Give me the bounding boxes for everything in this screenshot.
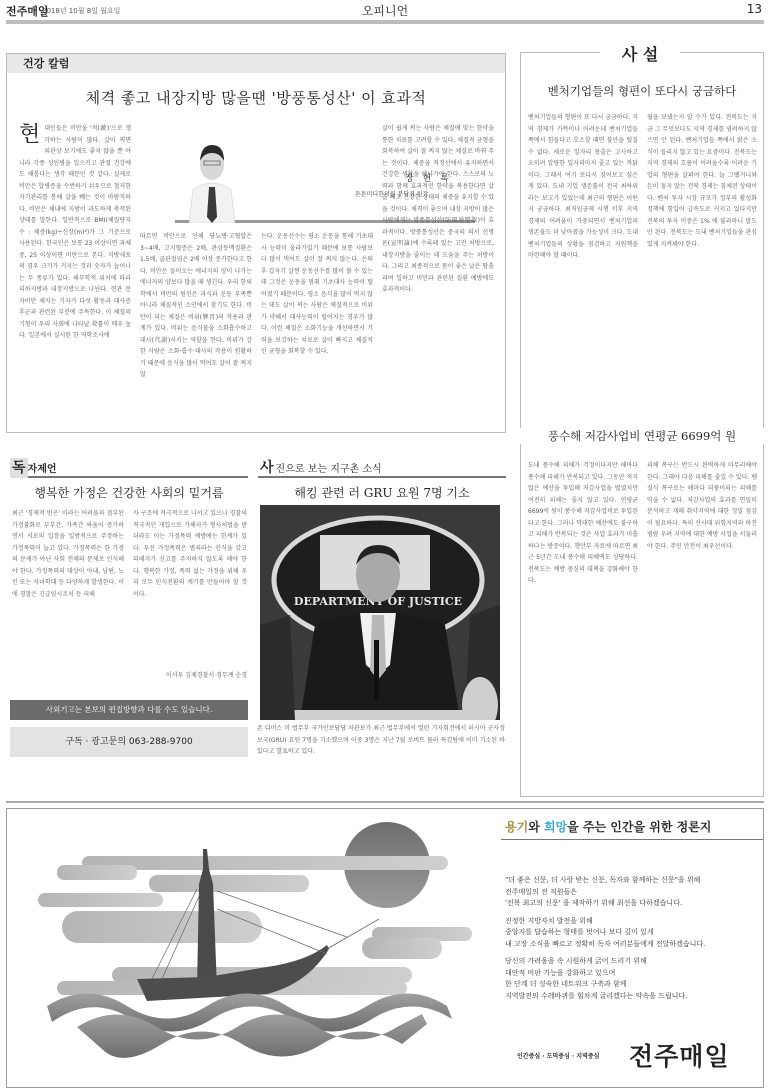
editorial-title-2: 풍수해 저감사업비 연평균 6699억 원 <box>520 428 764 444</box>
column-body-4: 살이 쉽게 찌는 사람은 체질에 맞는 한약을 통한 치료를 고려할 수 있다.… <box>382 123 494 428</box>
author-photo-icon <box>187 131 237 223</box>
reader-section-header: 독자제언 <box>10 458 248 478</box>
editorial-title-1: 벤처기업들의 형편이 또다시 궁금하다 <box>520 83 764 99</box>
section-rule <box>6 801 764 803</box>
slogan-hope: 희망 <box>544 820 567 834</box>
column-title: 체격 좋고 내장지방 많을땐 '방풍통성산' 이 효과적 <box>7 87 505 108</box>
ad-line: 진정한 지방자치 발전을 위해 <box>505 916 705 928</box>
disclaimer-banner: 사외기고는 본보의 편집방향과 다를 수도 있습니다. <box>10 700 248 720</box>
section-title: 오피니언 <box>6 2 764 19</box>
ad-slogan: 용기와 희망을 주는 인간을 위한 정론지 <box>505 818 711 835</box>
reader-body-1: 최근 '경제적 빈곤' 이라는 어려움과 점부된 가정불화로 부부간, 가족간 … <box>12 508 124 680</box>
photo-label-initial: 사 <box>258 458 276 478</box>
photo-caption: 존 디머스 미 법무부 국가안보담당 차관보가 최근 법무부에서 열린 기자회견… <box>257 723 505 758</box>
photo-section-header: 사진으로 보는 지구촌 소식 <box>258 458 506 478</box>
column-text: 대인들은 비만을 '적(敵)'으로 생각하는 사람이 많다. 살이 찌면 외관상… <box>19 125 131 339</box>
reader-label-rest: 자제언 <box>28 464 57 475</box>
slogan-text: 와 <box>528 820 544 834</box>
ad-line: 전주매일의 전 직원들은 <box>505 887 705 899</box>
ad-line: 내 고장 소식을 빠르고 정확히 독자 여러분들에게 전달하겠습니다. <box>505 939 705 951</box>
health-column: 건강 칼럼 체격 좋고 내장지방 많을땐 '방풍통성산' 이 효과적 장 현 록… <box>6 53 506 433</box>
slogan-text-rest: 을 주는 인간을 위한 정론지 <box>567 820 711 834</box>
ad-logo: 전주매일 <box>629 1037 730 1073</box>
masthead: 전주매일 2018년 10월 8일 월요일 오피니언 13 <box>6 0 764 22</box>
ad-message: "더 좋은 신문, 더 사랑 받는 신문, 독자와 함께하는 신문"을 위해 전… <box>505 875 705 1002</box>
subscription-banner: 구독 · 광고문의 063-288-9700 <box>10 727 248 757</box>
ad-divider <box>501 839 763 840</box>
editorial-1-body-2: 월을 보냈는지 알 수가 있다. 전북도는 지금 그 무엇보다도 지역 경제를 … <box>647 112 757 422</box>
ad-motto: 인간중심 · 도덕중심 · 지역중심 <box>517 1051 599 1060</box>
press-conference-photo-icon: DEPARTMENT OF JUSTICE <box>260 505 500 720</box>
editorial-2-body-1: 도내 풍수해 피해가 걱정이다지만 해마다 풍수해 피해가 반복되고 있다. 그… <box>528 460 638 790</box>
dropcap: 현 <box>19 123 40 147</box>
masthead-rule <box>6 20 764 24</box>
slogan-courage: 용기 <box>505 820 528 834</box>
ad-line: 한 단계 더 성숙한 네트워크 구축과 함께 <box>505 979 705 991</box>
house-ad: 용기와 희망을 주는 인간을 위한 정론지 "더 좋은 신문, 더 사랑 받는 … <box>6 808 764 1088</box>
photo-news-title: 해킹 관련 러 GRU 요원 7명 기소 <box>258 484 506 501</box>
editorial-rule-left <box>520 52 600 53</box>
column-body-2: 따르면 비만으로 인해 당뇨병·고혈압은 3~4배, 고지혈증은 2배, 관상동… <box>140 231 252 429</box>
ad-line: "더 좋은 신문, 더 사랑 받는 신문, 독자와 함께하는 신문"을 위해 <box>505 875 705 887</box>
ad-line: 대안적 비판 기능을 강화하고 있으며 <box>505 968 705 980</box>
column-body-1: 현 대인들은 비만을 '적(敵)'으로 생각하는 사람이 많다. 살이 찌면 외… <box>19 123 131 428</box>
reader-label-initial: 독 <box>10 458 28 478</box>
sailing-ship-illustration-icon <box>7 809 497 1089</box>
editorial-label: 사 설 <box>600 42 680 65</box>
news-photo: DEPARTMENT OF JUSTICE <box>260 505 500 720</box>
ad-line: 지역발전의 수레바퀴를 힘차게 굴리겠다는 약속을 드립니다. <box>505 991 705 1003</box>
ad-line: '전북 최고의 신문' 을 제작하기 위해 최선을 다하겠습니다. <box>505 898 705 910</box>
editorial-rule-right <box>680 52 764 53</box>
page-number: 13 <box>747 2 762 16</box>
photo-label-rest: 진으로 보는 지구촌 소식 <box>276 464 382 475</box>
reader-title: 행복한 가정은 건강한 사회의 밑거름 <box>10 484 248 501</box>
ad-line: 당신의 가려움을 속 시원하게 긁어 드리기 위해 <box>505 956 705 968</box>
column-label: 건강 칼럼 <box>7 53 505 73</box>
editorial-1-body-1: 벤처기업들의 형편이 또 다시 궁금하다. 지역 경제가 가뜩이나 어려운데 벤… <box>528 112 638 422</box>
editorial-2-body-2: 피해 복구는 반드시 완벽하게 마무리해야 한다. 그래야 다음 피해를 줄일 … <box>647 460 757 790</box>
reader-byline: 이서우 김제경찰서 경무계 순경 <box>133 670 247 682</box>
column-body-3: 는다. 운동선수는 평소 운동을 통해 기초대사 능력이 올라가있기 때문에 보… <box>261 231 373 429</box>
reader-body-2: 자 구조에 적극적으로 나서고 있으나 경찰의 적극적인 개입으로 가해자가 형… <box>133 508 247 668</box>
ad-line: 중앙지를 답습하는 형태를 벗어나 보다 깊이 있게 <box>505 927 705 939</box>
